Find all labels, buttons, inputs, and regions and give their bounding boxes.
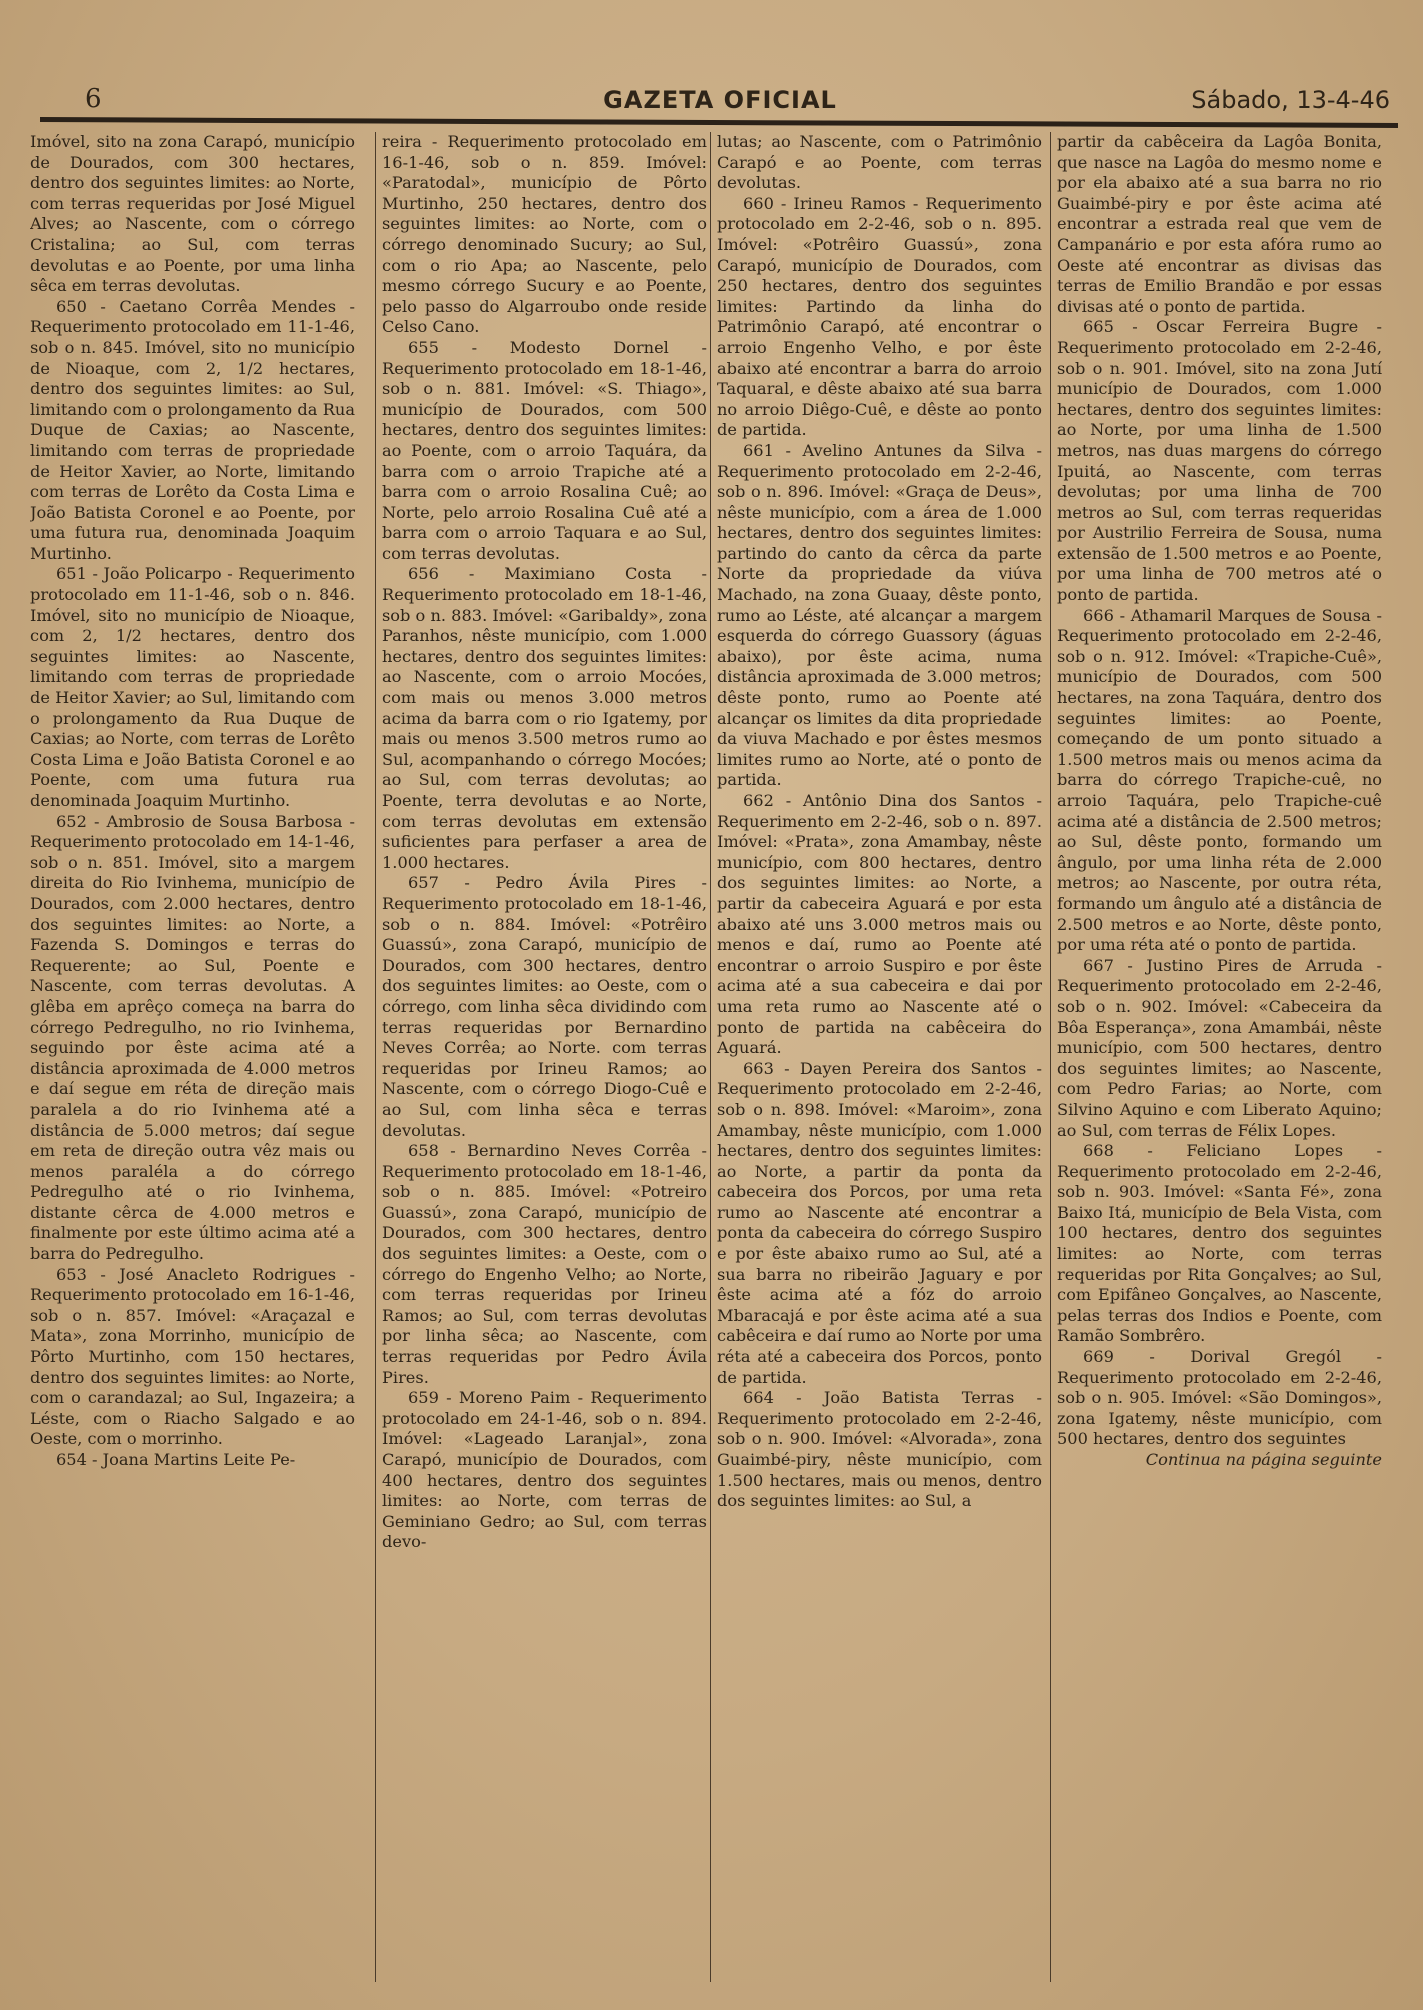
entry-656: 656 - Maximiano Costa - Requerimento pro… (382, 564, 707, 873)
entry-659-continued: lutas; ao Nascente, com o Patrimônio Car… (717, 132, 1042, 194)
column-4: partir da cabêceira da Lagôa Bonita, que… (1050, 132, 1382, 1982)
entry-663: 663 - Dayen Pereira dos Santos - Requeri… (717, 1059, 1042, 1389)
page-header: 6 GAZETA OFICIAL Sábado, 13-4-46 (40, 84, 1400, 118)
continued-next-page-note: Continua na página seguinte (1057, 1450, 1382, 1471)
entry-657: 657 - Pedro Ávila Pires - Requerimento p… (382, 873, 707, 1141)
entry-665: 665 - Oscar Ferreira Bugre - Requeriment… (1057, 317, 1382, 605)
column-3: lutas; ao Nascente, com o Patrimônio Car… (710, 132, 1042, 1982)
issue-date: Sábado, 13-4-46 (1191, 86, 1390, 114)
entry-666: 666 - Athamaril Marques de Sousa - Reque… (1057, 606, 1382, 956)
entry-668: 668 - Feliciano Lopes - Requerimento pro… (1057, 1141, 1382, 1347)
entry-653: 653 - José Anacleto Rodrigues - Requerim… (30, 1265, 355, 1450)
entry-664: 664 - João Batista Terras - Requerimento… (717, 1388, 1042, 1512)
entry-654: 654 - Joana Martins Leite Pe- (30, 1450, 355, 1471)
article-columns: Imóvel, sito na zona Carapó, município d… (30, 132, 1400, 2002)
entry-661: 661 - Avelino Antunes da Silva - Requeri… (717, 441, 1042, 791)
entry-650: 650 - Caetano Corrêa Mendes - Requerimen… (30, 297, 355, 565)
entry-continuation: Imóvel, sito na zona Carapó, município d… (30, 132, 355, 297)
entry-662: 662 - Antônio Dina dos Santos - Requerim… (717, 791, 1042, 1059)
entry-667: 667 - Justino Pires de Arruda - Requerim… (1057, 956, 1382, 1141)
header-rule (40, 117, 1398, 128)
column-1: Imóvel, sito na zona Carapó, município d… (30, 132, 355, 1982)
entry-669: 669 - Dorival Gregól - Requerimento prot… (1057, 1347, 1382, 1450)
entry-658: 658 - Bernardino Neves Corrêa - Requerim… (382, 1141, 707, 1388)
column-2: reira - Requerimento protocolado em 16-1… (375, 132, 707, 1982)
entry-664-continued: partir da cabêceira da Lagôa Bonita, que… (1057, 132, 1382, 317)
entry-655: 655 - Modesto Dornel - Requerimento prot… (382, 338, 707, 565)
entry-651: 651 - João Policarpo - Requerimento prot… (30, 564, 355, 811)
entry-660: 660 - Irineu Ramos - Requerimento protoc… (717, 194, 1042, 441)
entry-659: 659 - Moreno Paim - Requerimento protoco… (382, 1388, 707, 1553)
entry-652: 652 - Ambrosio de Sousa Barbosa - Requer… (30, 812, 355, 1265)
entry-654-continued: reira - Requerimento protocolado em 16-1… (382, 132, 707, 338)
